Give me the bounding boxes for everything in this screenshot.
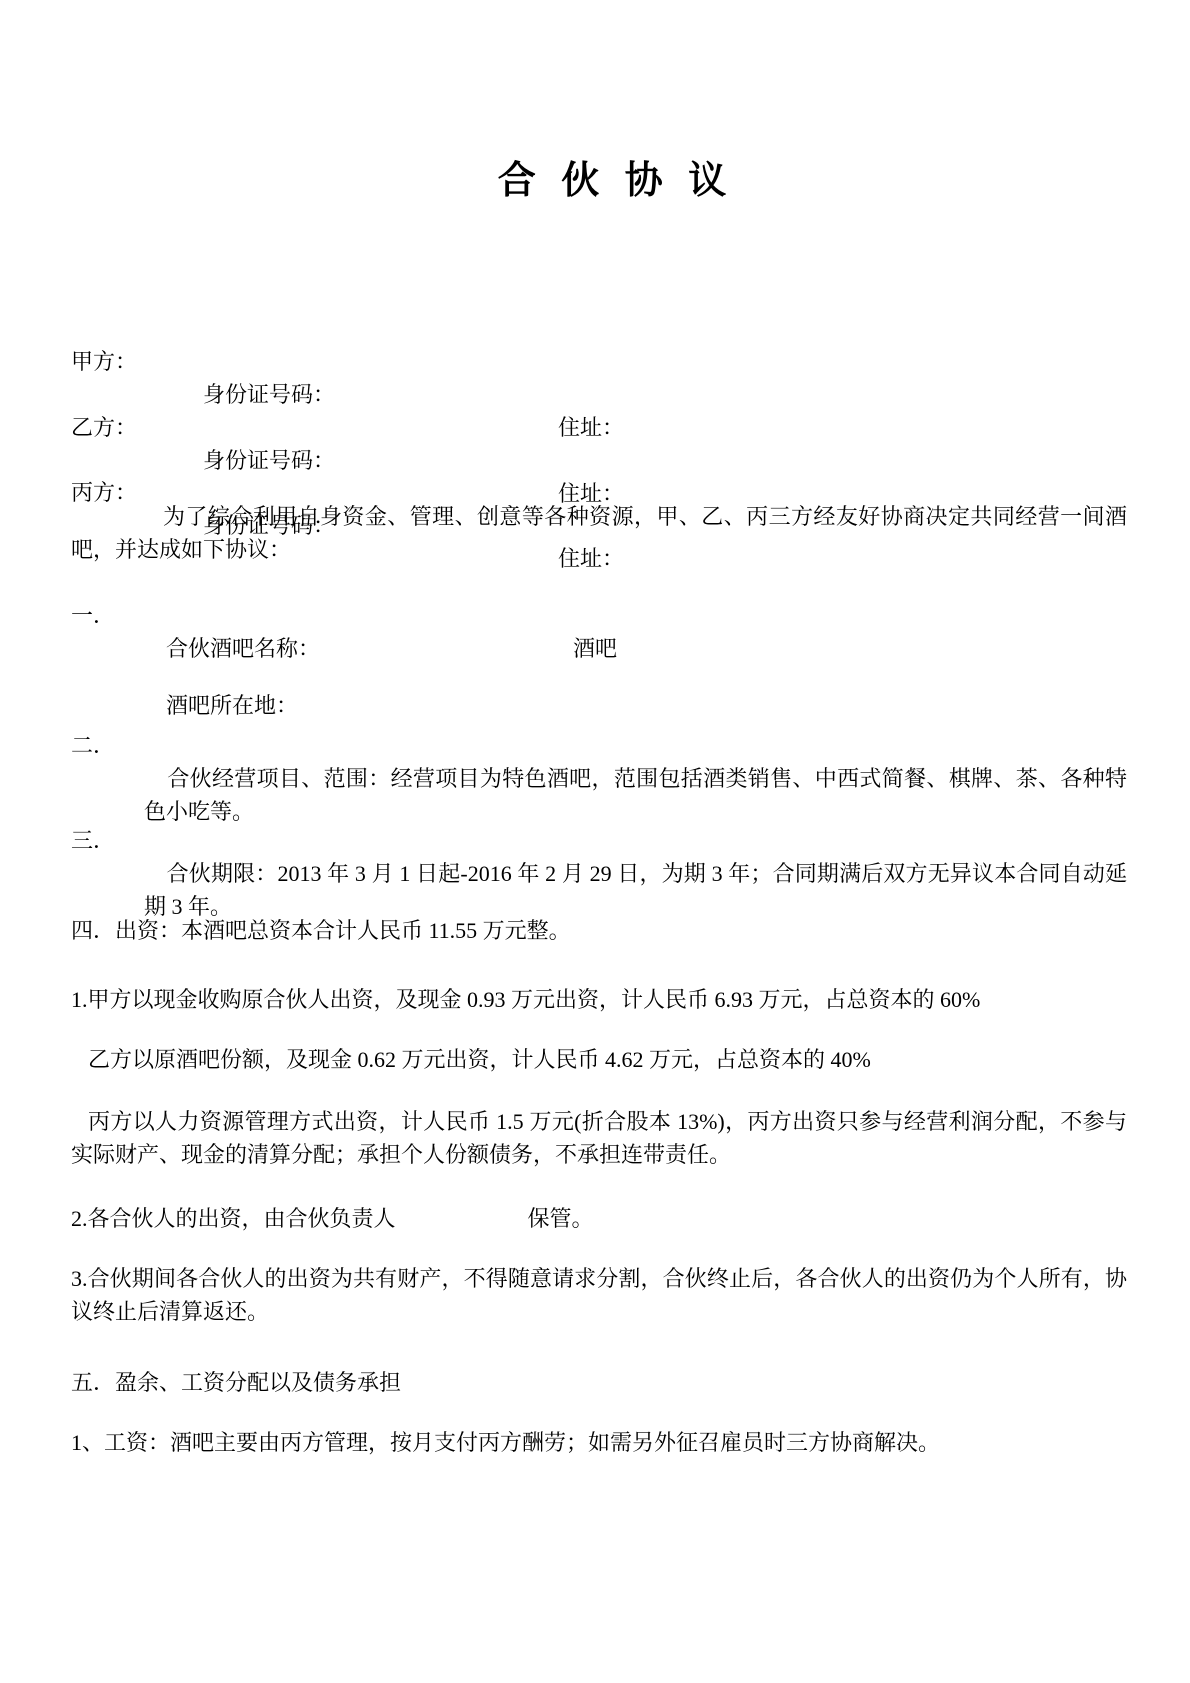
- article-4-item-1-yi: 乙方以原酒吧份额，及现金 0.62 万元出资，计人民币 4.62 万元，占总资本…: [71, 1043, 1127, 1076]
- article-4-item-3: 3.合伙期间各合伙人的出资为共有财产，不得随意请求分割，合伙终止后，各合伙人的出…: [71, 1262, 1127, 1328]
- article-1-number: 一．: [71, 599, 115, 632]
- address-label: 住址：: [558, 411, 624, 444]
- article-2-number: 二．: [71, 729, 115, 762]
- document-title: 合 伙 协 议: [42, 157, 1190, 205]
- article-3-text: 合伙期限：2013 年 3 月 1 日起-2016 年 2 月 29 日，为期 …: [144, 861, 1127, 919]
- article-5-item-1: 1、工资：酒吧主要由丙方管理，按月支付丙方酬劳；如需另外征召雇员时三方协商解决。: [71, 1426, 1127, 1459]
- party-row-bing: 丙方： 身份证号码： 住址：: [71, 443, 1127, 476]
- party-row-yi: 乙方： 身份证号码： 住址：: [71, 378, 1127, 411]
- contract-document-page: 合 伙 协 议 甲方： 身份证号码： 住址： 乙方： 身份证号码： 住址： 丙方…: [0, 0, 1190, 1683]
- article-5-heading: 五．盈余、工资分配以及债务承担: [71, 1366, 1127, 1399]
- article-4-item-1-jia: 1.甲方以现金收购原合伙人出资，及现金 0.93 万元出资，计人民币 6.93 …: [71, 983, 1127, 1016]
- article-3-number: 三．: [71, 824, 115, 857]
- preamble-paragraph: 为了综合利用自身资金、管理、创意等各种资源，甲、乙、丙三方经友好协商决定共同经营…: [71, 500, 1127, 566]
- article-4-item-2: 2.各合伙人的出资，由合伙负责人 保管。: [71, 1202, 1127, 1235]
- article-2-text: 合伙经营项目、范围：经营项目为特色酒吧，范围包括酒类销售、中西式简餐、棋牌、茶、…: [144, 766, 1127, 824]
- party-name-label: 甲方：: [71, 345, 137, 378]
- article-4-item-1-bing: 丙方以人力资源管理方式出资，计人民币 1.5 万元(折合股本 13%)，丙方出资…: [71, 1105, 1127, 1171]
- article-4-heading: 四．出资：本酒吧总资本合计人民币 11.55 万元整。: [71, 914, 1127, 947]
- bar-location-label: 酒吧所在地：: [166, 693, 298, 718]
- party-row-jia: 甲方： 身份证号码： 住址：: [71, 312, 1127, 345]
- party-name-label: 乙方：: [71, 411, 137, 444]
